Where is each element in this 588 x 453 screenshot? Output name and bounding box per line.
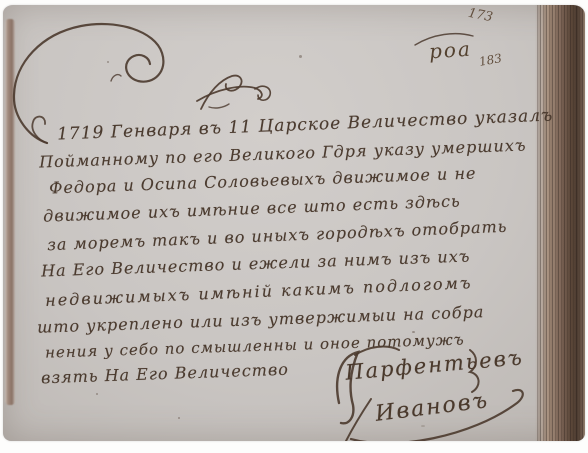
- facing-page-gutter-edge: [5, 19, 15, 405]
- small-folio-number: 183: [478, 51, 503, 69]
- cyrillic-folio-number: роа: [428, 37, 472, 64]
- scribal-monogram: [197, 76, 270, 109]
- paper-speck: [178, 417, 180, 419]
- paper-speck: [421, 425, 425, 427]
- manuscript-line: взять На Его Величество: [41, 360, 289, 388]
- paper-speck: [299, 55, 302, 58]
- paper-speck: [96, 393, 98, 395]
- paper-speck: [107, 61, 109, 63]
- pencil-folio-number: 173: [467, 6, 494, 25]
- signature-name-2: Ивановъ: [374, 388, 491, 427]
- manuscript-page: 173 роа 183 1719 Генваря въ 11 Царское В…: [3, 5, 585, 441]
- book-fore-edge: [535, 5, 585, 441]
- photograph-of-manuscript: 173 роа 183 1719 Генваря въ 11 Царское В…: [0, 0, 588, 453]
